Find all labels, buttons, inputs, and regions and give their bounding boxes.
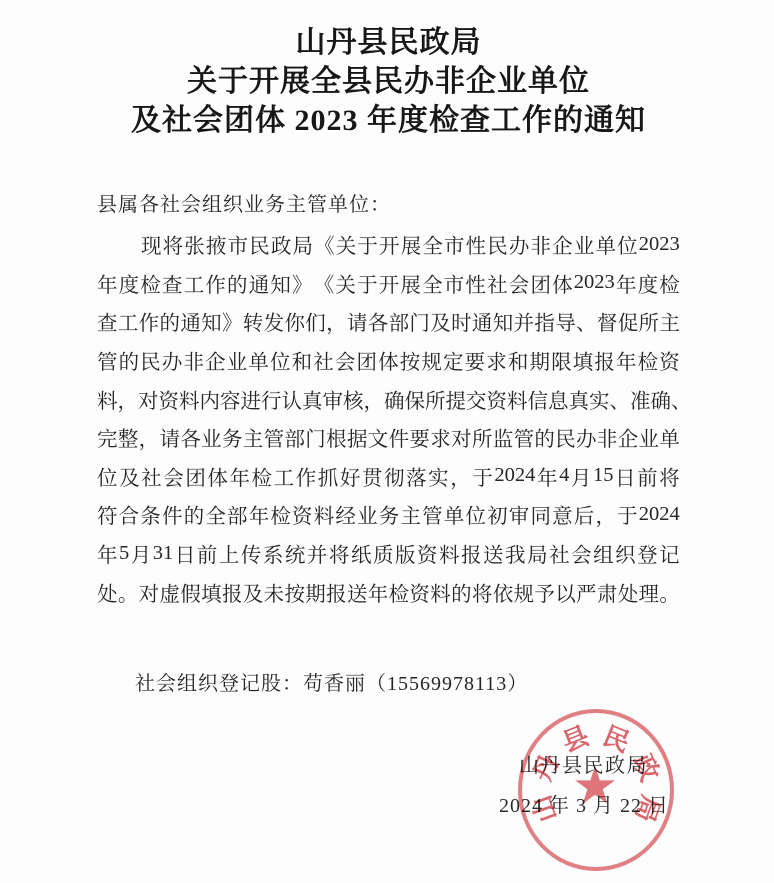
contact-line: 社会组织登记股：苟香丽（15569978113）: [135, 671, 528, 697]
body-paragraph: 现将张掖市民政局《关于开展全市性民办非企业单位 2023 年度检查工作的通知》《…: [97, 225, 680, 611]
title-line-2: 关于开展全县民办非企业单位: [97, 62, 680, 101]
signature-agency: 山丹县民政局: [519, 754, 648, 778]
salutation: 县属各社会组织业务主管单位：: [97, 192, 391, 218]
body-line: 管的民办非企业单位和社会团体按规定要求和期限填报年检资: [97, 341, 680, 380]
body-line: 现将张掖市民政局《关于开展全市性民办非企业单位 2023: [97, 225, 680, 264]
body-line: 处。对虚假填报及未按期报送年检资料的将依规予以严肃处理。: [97, 572, 680, 611]
body-line: 符合条件的全部年检资料经业务主管单位初审同意后，于 2024: [97, 495, 680, 534]
document-title: 山丹县民政局 关于开展全县民办非企业单位 及社会团体 2023 年度检查工作的通…: [97, 23, 680, 140]
body-line: 位及社会团体年检工作抓好贯彻落实，于 2024 年 4 月 15 日前将: [97, 457, 680, 496]
signature-date: 2024 年 3 月 22 日: [499, 794, 669, 818]
body-line: 查工作的通知》转发你们，请各部门及时通知并指导、督促所主: [97, 302, 680, 341]
official-seal: 山 丹 县 民 政 局 ★: [518, 709, 674, 871]
body-line: 年度检查工作的通知》《关于开展全市性社会团体 2023 年度检: [97, 264, 680, 303]
body-line: 完整，请各业务主管部门根据文件要求对所监管的民办非企业单: [97, 418, 680, 457]
title-line-1: 山丹县民政局: [97, 23, 680, 62]
body-line: 年 5 月 31 日前上传系统并将纸质版资料报送我局社会组织登记: [97, 534, 680, 573]
scanned-notice-page: 山丹县民政局 关于开展全县民办非企业单位 及社会团体 2023 年度检查工作的通…: [0, 0, 774, 883]
title-line-3: 及社会团体 2023 年度检查工作的通知: [97, 101, 680, 140]
body-line: 料，对资料内容进行认真审核，确保所提交资料信息真实、准确、: [97, 379, 680, 418]
